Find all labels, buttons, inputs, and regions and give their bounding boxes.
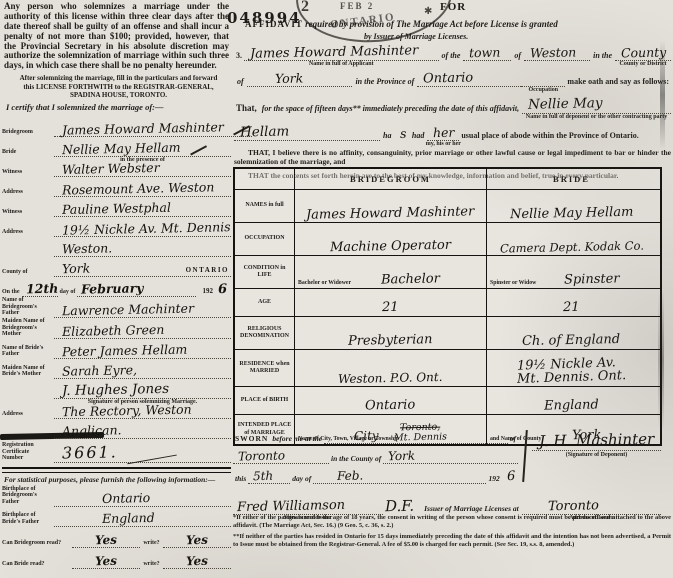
bride-birthplace-handwriting: England <box>544 398 599 412</box>
printed-text: this <box>233 474 248 484</box>
field-row-birthplace-bridegroom-father: Birthplace of Bridegroom's Father Ontari… <box>2 486 231 507</box>
cropped-heading-fragment: FOR <box>440 1 466 13</box>
bride-occupation-handwriting: Camera Dept. Kodak Co. <box>499 240 643 255</box>
printed-text: in the County of <box>329 454 383 464</box>
field-row-bridegroom-father: Name of Bridegroom's Father Lawrence Mac… <box>2 297 231 318</box>
oath-text: make oath and say as follows: <box>565 77 671 87</box>
forwarding-instruction: After solemnizing the marriage, fill in … <box>16 74 221 99</box>
scanned-marriage-license-document: Any person who solemnizes a marriage und… <box>0 0 673 578</box>
affidavit-title-rest: required by provision of The Marriage Ac… <box>305 19 558 29</box>
deponent-signature-block: J. H. Mashinter (Signature of Deponent) <box>532 430 661 490</box>
field-row-bride-literacy: Can Bride read? Yes write? Yes <box>2 548 231 569</box>
field-label: Registration Certificate Number <box>2 442 54 463</box>
sworn-line-1: SWORN before me at the City of <box>233 430 518 444</box>
father-name-handwriting: Peter James Hellam <box>54 343 188 359</box>
witness-address-handwriting: 19½ Nickle Av. Mt. Dennis <box>54 221 231 238</box>
printed-text: of the <box>439 51 464 61</box>
write-label: write? <box>140 561 162 569</box>
year-print: 192 <box>196 287 214 297</box>
table-row-occupation: OCCUPATION Machine Operator Camera Dept.… <box>235 222 660 255</box>
field-label: Can Bridegroom read? <box>2 540 72 548</box>
county-word-handwriting: County <box>615 46 669 61</box>
affidavit-line-that1: That, for the space of fifteen days** im… <box>234 98 671 114</box>
field-row-registration-number: Registration Certificate Number 3661. <box>2 439 231 463</box>
read-answer-handwriting: Yes <box>95 555 117 568</box>
field-row-solemnizer-signature: J. Hughes Jones Signature of person sole… <box>2 379 231 399</box>
county-handwriting: York <box>54 263 91 277</box>
bride-name-handwriting: Nellie May Hellam <box>510 206 634 222</box>
footnote-consent: *If either of the parties is under the a… <box>233 514 671 531</box>
field-label <box>2 397 54 399</box>
field-label: Name of Bride's Father <box>2 345 54 360</box>
ontario-print: ONTARIO <box>186 266 231 276</box>
abode-text: usual place of abode within the Province… <box>459 131 640 141</box>
bridegroom-condition-handwriting: Bachelor <box>381 272 440 286</box>
table-corner-cell <box>235 169 295 189</box>
denomination-handwriting: Anglican. <box>54 424 122 439</box>
field-row-address-continued: Weston. <box>2 237 231 257</box>
her-handwriting: her <box>427 126 457 140</box>
field-label: Maiden Name of Bridegroom's Mother <box>2 318 54 339</box>
mother-name-handwriting: Elizabeth Green <box>54 324 165 340</box>
table-row-condition: CONDITION in LIFE Bachelor or Widower Ba… <box>235 255 660 288</box>
field-label: Address <box>2 189 54 197</box>
stamp-digit: 2 <box>301 0 309 16</box>
solemnizer-address-handwriting: The Rectory, Weston <box>54 403 192 419</box>
table-row-religion: RELIGIOUS DENOMINATION Presbyterian Ch. … <box>235 316 660 349</box>
double-rule-divider <box>2 467 231 473</box>
field-label: Address <box>2 411 54 419</box>
affidavit-subtitle: by Issuer of Marriage Licenses. <box>364 32 468 41</box>
check-mark-icon <box>185 136 207 156</box>
column-header-bridegroom: BRIDEGROOM <box>295 169 487 189</box>
field-label: Address <box>2 229 54 237</box>
printed-text: of <box>234 77 247 87</box>
deponent-name-label: Name in full of deponent or the other co… <box>526 114 667 121</box>
year-print: 192 <box>486 474 501 484</box>
witness-name-handwriting: Pauline Westphal <box>54 202 171 218</box>
sworn-county-handwriting: York <box>383 450 418 464</box>
affidavit-clause-2: THAT, I believe there is no affinity, co… <box>234 148 671 167</box>
license-left-column: Any person who solemnizes a marriage und… <box>2 2 231 569</box>
row-label: AGE <box>235 289 295 316</box>
write-answer-handwriting: Yes <box>186 534 208 547</box>
printed-text: ha <box>380 131 394 141</box>
issuer-signature-handwriting: Fred Williamson <box>233 499 347 515</box>
address-continued-handwriting: Weston. <box>54 242 112 257</box>
table-row-residence: RESIDENCE when MARRIED Weston. P.O. Ont.… <box>235 349 660 386</box>
condition-option-print: Bachelor or Widower <box>298 280 351 286</box>
deponent-first-name-handwriting: Nellie May <box>522 97 605 113</box>
sworn-section: SWORN before me at the City of Toronto i… <box>233 430 661 515</box>
stamp-star-icon: ✱ <box>424 6 432 17</box>
sworn-line-3: this 5th day of Feb. 192 6 <box>233 470 518 484</box>
field-row-bridegroom-mother: Maiden Name of Bridegroom's Mother Eliza… <box>2 318 231 339</box>
sworn-line-2: Toronto in the County of York <box>233 450 518 464</box>
field-label: Can Bride read? <box>2 561 72 569</box>
write-answer-handwriting: Yes <box>186 555 208 568</box>
row-label: RELIGIOUS DENOMINATION <box>235 317 295 349</box>
date-prefix: On the <box>2 289 22 297</box>
municipality-handwriting: Weston <box>524 46 579 61</box>
day-handwriting: 12th <box>21 282 62 296</box>
field-row-bride: Bride Nellie May Hellam in the presence … <box>2 137 231 157</box>
deponent-signature-label: (Signature of Deponent) <box>532 452 661 458</box>
table-row-age: AGE 21 21 <box>235 288 660 316</box>
pronoun-label: my, his or her <box>426 141 461 148</box>
month-handwriting: February <box>77 282 148 297</box>
issuer-row: Fred Williamson Signature of Issuer D.F.… <box>233 498 661 515</box>
printed-text: in the <box>590 51 615 61</box>
marriage-particulars-table: BRIDEGROOM BRIDE NAMES in full James How… <box>233 167 662 446</box>
witness-address-handwriting: Rosemount Ave. Weston <box>54 181 215 198</box>
deponent-signature-handwriting: J. H. Mashinter <box>539 432 655 450</box>
printed-text: of <box>508 434 518 444</box>
affidavit-line-applicant: 3. James Howard Mashinter Name in full o… <box>234 46 671 61</box>
bridegroom-birthplace-handwriting: Ontario <box>365 398 415 412</box>
province-handwriting: Ontario <box>417 71 475 86</box>
sworn-word: SWORN <box>233 434 270 444</box>
row-label: RESIDENCE when MARRIED <box>235 350 295 386</box>
field-row-bride-father: Name of Bride's Father Peter James Hella… <box>2 339 231 359</box>
county-handwriting: York <box>247 72 306 87</box>
city-handwriting: City <box>324 429 382 443</box>
bridegroom-residence-handwriting: Weston. P.O. Ont. <box>338 371 443 385</box>
table-row-birthplace: PLACE of BIRTH Ontario England <box>235 386 660 414</box>
bride-residence-line2-handwriting: Mt. Dennis. Ont. <box>517 369 627 386</box>
affidavit-line-abode: Hellam ha s had her my, his or her usual… <box>234 126 671 142</box>
printed-text: day of <box>290 474 313 484</box>
issuer-address-handwriting: Toronto <box>522 499 601 515</box>
s-handwriting: s <box>394 127 409 141</box>
affidavit-body: 3. James Howard Mashinter Name in full o… <box>234 46 671 184</box>
printed-text: in the Province of <box>352 77 417 87</box>
municipality-type-handwriting: town <box>463 46 503 60</box>
field-label <box>2 437 54 439</box>
bridegroom-occupation-handwriting: Machine Operator <box>330 239 451 255</box>
sworn-place-handwriting: Toronto <box>233 449 288 463</box>
witness-name-handwriting: Walter Webster <box>54 162 160 178</box>
field-label: County of <box>2 269 54 277</box>
bridegroom-name-handwriting: James Howard Mashinter <box>306 205 475 222</box>
field-row-birthplace-bride-father: Birthplace of Bride's Father England <box>2 507 231 527</box>
year-digit-handwriting: 6 <box>214 283 231 297</box>
footnotes: *If either of the parties is under the a… <box>233 514 671 551</box>
row-label: OCCUPATION <box>235 223 295 255</box>
pen-flourish <box>125 443 176 464</box>
field-row-marriage-date: On the 12th day of February 192 6 <box>2 277 231 297</box>
field-row-address-1: Address Rosemount Ave. Weston <box>2 177 231 197</box>
row-label: PLACE of BIRTH <box>235 387 295 414</box>
bride-condition-handwriting: Spinster <box>564 272 620 286</box>
signature-divider-line <box>522 430 528 482</box>
field-row-witness-1: Witness Walter Webster <box>2 157 231 177</box>
field-row-witness-2: Witness Pauline Westphal <box>2 197 231 217</box>
field-row-bride-mother: Maiden Name of Bride's Mother Sarah Eyre… <box>2 359 231 379</box>
sworn-day-handwriting: 5th <box>248 470 276 484</box>
field-label: Name of Bridegroom's Father <box>2 297 54 318</box>
read-answer-handwriting: Yes <box>95 534 117 547</box>
field-row-bridegroom: Bridegroom James Howard Mashinter <box>2 117 231 137</box>
field-row-county: County of York ONTARIO <box>2 257 231 277</box>
affidavit-line-province: of York in the Province of Ontario Occup… <box>234 72 671 87</box>
birthplace-handwriting: England <box>54 512 155 528</box>
deponent-surname-handwriting: Hellam <box>234 125 292 141</box>
affidavit-word: AFFIDAVIT <box>245 19 303 29</box>
sworn-year-digit-handwriting: 6 <box>502 470 519 484</box>
field-label: Witness <box>2 169 54 177</box>
bridegroom-religion-handwriting: Presbyterian <box>348 333 433 348</box>
mother-name-handwriting: Sarah Eyre, <box>54 364 137 379</box>
sworn-month-handwriting: Feb. <box>313 469 367 483</box>
affidavit-title: AFFIDAVIT required by provision of The M… <box>245 20 659 30</box>
bride-age-handwriting: 21 <box>563 301 580 314</box>
field-label: Birthplace of Bride's Father <box>2 512 54 527</box>
birthplace-handwriting: Ontario <box>54 492 151 508</box>
that-word: That, <box>234 103 259 114</box>
applicant-name-label: Name in full of Applicant <box>309 61 374 68</box>
table-row-names: NAMES in full James Howard Mashinter Nel… <box>235 189 660 222</box>
printed-text: before me at the <box>270 434 324 444</box>
field-row-bridegroom-literacy: Can Bridegroom read? Yes write? Yes <box>2 527 231 548</box>
field-row-denomination: Anglican. <box>2 419 231 439</box>
condition-option-print: Spinster or Widow <box>490 280 536 286</box>
father-name-handwriting: Lawrence Machinter <box>54 302 194 318</box>
field-label: Bride <box>2 149 54 157</box>
stamp-date-text: FEB 2 <box>340 1 374 11</box>
field-label: Maiden Name of Bride's Mother <box>2 365 54 380</box>
applicant-name-handwriting: James Howard Mashinter <box>244 44 421 62</box>
bride-name-handwriting: Nellie May Hellam <box>54 142 181 158</box>
registration-number-handwriting: 3661. <box>54 445 118 463</box>
fifteen-days-clause: for the space of fifteen days** immediat… <box>259 104 522 114</box>
field-label: Bridegroom <box>2 129 54 137</box>
table-header-row: BRIDEGROOM BRIDE <box>235 169 660 189</box>
field-label <box>2 255 54 257</box>
write-label: write? <box>140 540 162 548</box>
printed-text: of <box>511 51 524 61</box>
issuer-flourish-handwriting: D.F. <box>383 499 416 516</box>
solemnizer-signature-handwriting: J. Hughes Jones <box>54 382 169 399</box>
column-header-bride: BRIDE <box>487 169 656 189</box>
row-label: NAMES in full <box>235 190 295 222</box>
row-label: CONDITION in LIFE <box>235 256 295 288</box>
item-number: 3. <box>234 51 244 61</box>
bridegroom-age-handwriting: 21 <box>382 301 399 314</box>
penalty-clause: Any person who solemnizes a marriage und… <box>4 2 229 71</box>
bride-religion-handwriting: Ch. of England <box>522 333 620 348</box>
statistical-heading: For statistical purposes, please furnish… <box>4 475 231 484</box>
printed-text: had <box>409 131 427 141</box>
field-row-address-2: Address 19½ Nickle Av. Mt. Dennis <box>2 217 231 237</box>
occupation-label: Occupation <box>528 87 558 94</box>
field-label: Witness <box>2 209 54 217</box>
county-district-label: County or District <box>620 61 667 68</box>
field-label: Birthplace of Bridegroom's Father <box>2 486 54 507</box>
certify-statement: I certify that I solemnized the marriage… <box>6 102 231 112</box>
footnote-residency: **If neither of the parties has resided … <box>233 533 671 550</box>
sworn-statement: SWORN before me at the City of Toronto i… <box>233 430 518 490</box>
